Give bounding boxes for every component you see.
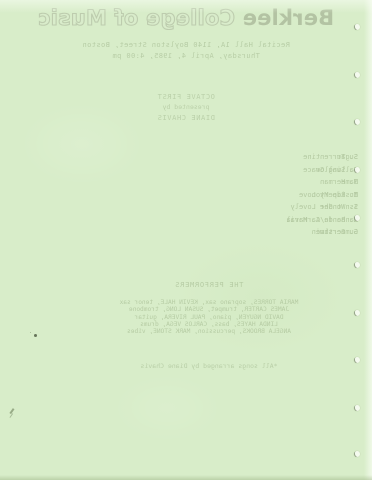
scan-edge-top [0, 0, 372, 13]
composer-name: M. Riperton [312, 191, 358, 199]
performer-line: DAVID NGUYEN, piano, PAUL RIVERA, guitar [103, 314, 315, 321]
composer-name: S. Turrentine [303, 153, 358, 161]
scan-edge-right [364, 0, 372, 480]
ink-speck [34, 334, 37, 337]
program-row: MameJ. Herman [38, 178, 358, 191]
performer-lines: MARIA TORRES, soprano sax, KEVIN HALE, t… [103, 299, 315, 335]
composer-name: J. Herman [320, 178, 358, 186]
performer-line: LINDA HAYES, bass, CARLOS VEGA, drums [103, 321, 315, 328]
program-list: SugarS. TurrentineFalling GraceS. Swallo… [38, 153, 358, 241]
performer-line: MARIA TORRES, soprano sax, KEVIN HALE, t… [103, 299, 315, 306]
venue-line: Recital Hall 1A, 1140 Boylston Street, B… [0, 41, 372, 49]
performer-line: JAMES CARTER, trumpet, SUSAN LONG, tromb… [103, 306, 315, 313]
recital-title-block: OCTAVE FIRST presented by DIANE CHAVIS [0, 92, 372, 124]
bleed-through-layer: Berklee College of Music Recital Hall 1A… [0, 0, 372, 480]
composer-name: S. Swallow [316, 166, 358, 174]
paper-sheet: Berklee College of Music Recital Hall 1A… [0, 0, 372, 480]
date-line: Thursday, April 4, 1985, 4:00 pm [0, 52, 372, 60]
program-row: SugarS. Turrentine [38, 153, 358, 166]
program-row: Falling GraceS. Swallow [38, 166, 358, 179]
composer-name: S. Wonder [320, 203, 358, 211]
program-row: Isn't She LovelyS. Wonder [38, 203, 358, 216]
performers-block: THE PERFORMERS MARIA TORRES, soprano sax… [103, 282, 315, 335]
performer-line: ANGELA BROOKS, percussion, MARK STONE, v… [103, 328, 315, 335]
presenter-name: DIANE CHAVIS [0, 113, 372, 124]
composer-name: L. Bonfa/A. Maria [286, 216, 358, 224]
performers-heading: THE PERFORMERS [103, 282, 315, 289]
presented-by-label: presented by [0, 102, 372, 113]
program-row: Manha de CarnavalL. Bonfa/A. Maria [38, 216, 358, 229]
recital-title: OCTAVE FIRST [0, 92, 372, 102]
scan-edge-bottom [0, 475, 372, 480]
composer-name: G. Gershwin [312, 228, 358, 236]
arranger-footnote: *All songs arranged by Diane Chavis [124, 362, 294, 370]
program-row: Inside My LoveM. Riperton [38, 191, 358, 204]
program-row: SummertimeG. Gershwin [38, 228, 358, 241]
